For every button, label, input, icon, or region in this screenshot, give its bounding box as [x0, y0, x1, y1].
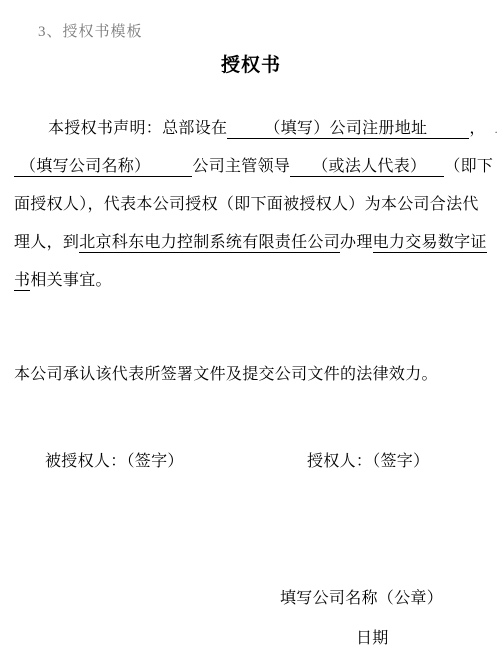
line4-mid-text: 办理: [340, 234, 373, 251]
signature-line: 被授权人：（签字） 授权人：（签字）: [0, 452, 502, 471]
line4-lead-text: 理人，到: [14, 234, 79, 251]
line2-mid-text: 公司主管领导: [192, 158, 290, 175]
document-title: 授权书: [0, 50, 502, 77]
registered-address-fill-label: （填写）公司注册地址: [264, 120, 427, 137]
line1-stray-dot: .: [495, 122, 498, 136]
company-seal-line: 填写公司名称（公章）: [280, 589, 443, 608]
blank-underline: [290, 169, 312, 171]
paragraph1-line2: （填写公司名称）公司主管领导（或法人代表）（即下: [14, 157, 493, 176]
authority-company-name-underlined: 北京科东电力控制系统有限责任公司: [79, 234, 340, 253]
document-page: 3、授权书模板 授权书 本授权书声明：总部设在（填写）公司注册地址，. （填写公…: [0, 0, 502, 653]
certificate-name-continued-text: 书: [14, 272, 30, 289]
line1-comma: ，: [469, 120, 485, 137]
company-name-fill-field: （填写公司名称）: [14, 158, 192, 177]
line1-lead-text: 本授权书声明：总部设在: [48, 120, 227, 137]
blank-underline: [427, 131, 469, 133]
certificate-name-underlined: 电力交易数字证: [373, 234, 487, 253]
legal-representative-fill-label: （或法人代表）: [312, 158, 426, 175]
line2-tail-text: （即下: [444, 158, 493, 175]
section-label: 3、授权书模板: [38, 20, 143, 41]
certificate-name-text: 电力交易数字证: [373, 234, 487, 251]
paragraph1-line4: 理人，到北京科东电力控制系统有限责任公司办理电力交易数字证: [14, 233, 487, 252]
authority-company-name-text: 北京科东电力控制系统有限责任公司: [79, 234, 340, 251]
registered-address-fill-field: （填写）公司注册地址: [227, 120, 469, 139]
paragraph1-line1: 本授权书声明：总部设在（填写）公司注册地址，.: [48, 119, 498, 139]
grantee-signature-label: 被授权人：（签字）: [45, 452, 184, 471]
paragraph1-line3: 面授权人），代表本公司授权（即下面被授权人）为本公司合法代: [14, 195, 479, 214]
line3-text: 面授权人），代表本公司授权（即下面被授权人）为本公司合法代: [14, 196, 479, 213]
blank-underline: [426, 169, 444, 171]
blank-underline: [150, 169, 192, 171]
grantor-signature-label: 授权人：（签字）: [307, 452, 429, 471]
company-name-fill-label: （填写公司名称）: [20, 158, 150, 175]
date-line: 日期: [356, 629, 389, 648]
line5-tail-text: 相关事宜。: [30, 272, 112, 289]
certificate-name-continued-underlined: 书: [14, 272, 30, 291]
paragraph1-line5: 书相关事宜。: [14, 271, 112, 290]
paragraph2: 本公司承认该代表所签署文件及提交公司文件的法律效力。: [14, 365, 438, 384]
legal-representative-fill-field: （或法人代表）: [290, 158, 444, 177]
blank-underline: [227, 131, 264, 133]
paragraph2-text: 本公司承认该代表所签署文件及提交公司文件的法律效力。: [14, 366, 438, 383]
